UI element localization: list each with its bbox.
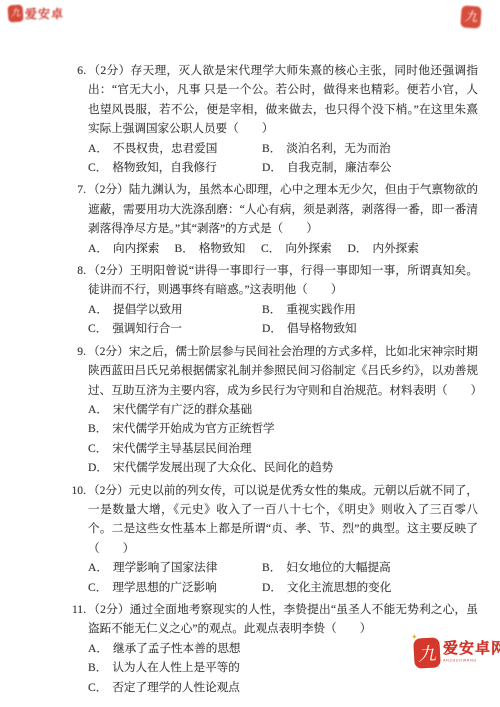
options-grid: A．不畏权贵，忠君爱国 B．淡泊名利，无为而治 C．格物致知，自我修行 D．自我…	[62, 139, 478, 178]
option-label: B．	[262, 558, 281, 577]
option-label: A．	[88, 558, 108, 577]
option-label: B．	[88, 419, 107, 438]
option-C: C．强调知行合一	[88, 319, 262, 338]
option-text: 否定了理学的人性论观点	[112, 678, 240, 697]
option-label: A．	[88, 300, 108, 319]
option-label: B．	[262, 300, 281, 319]
option-A: A．理学影响了国家法律	[88, 558, 262, 577]
question-score: （2分）	[88, 183, 129, 196]
question-body: 元史以前的列女传，可以说是优秀女性的集成。元朝以后就不同了，一是数量大增，《元史…	[88, 484, 478, 555]
option-C: C．否定了理学的人性论观点	[88, 678, 478, 697]
logo-text-block: 爱安卓网 ANZHUOWANG	[443, 640, 500, 668]
option-text: 继承了孟子性本善的思想	[113, 639, 241, 658]
question-score: （2分）	[88, 264, 130, 277]
question-number: 11.	[62, 600, 88, 619]
option-label: D．	[262, 578, 282, 597]
question-body: 陆九渊认为，虽然本心即理，心中之理本无少欠，但由于气禀物欲的遮蔽，需要用功大洗涤…	[88, 183, 478, 235]
option-C: C．理学思想的广泛影响	[88, 578, 262, 597]
option-text: 向内探索	[113, 239, 159, 258]
option-A: A．向内探索	[88, 239, 175, 258]
question-score: （2分）	[88, 484, 129, 497]
option-text: 提倡学以致用	[113, 300, 183, 319]
option-A: A．提倡学以致用	[88, 300, 262, 319]
option-text: 强调知行合一	[112, 319, 182, 338]
option-text: 不畏权贵，忠君爱国	[113, 139, 217, 158]
option-C: C．宋代儒学主导基层民间治理	[88, 439, 478, 458]
option-text: 格物致知	[199, 239, 245, 258]
question-number: 10.	[62, 481, 88, 500]
options-grid: A．向内探索 B．格物致知 C．向外探索 D．内外探索	[62, 239, 478, 258]
question-6: 6.（2分）存天理，灭人欲是宋代理学大师朱熹的核心主张，同时他还强调指出：“官无…	[62, 61, 478, 177]
question-8: 8.（2分）王明阳曾说“讲得一事即行一事，行得一事即知一事，所谓真知矣。徒讲而不…	[62, 261, 478, 339]
option-text: 认为人在人性上是平等的	[112, 658, 240, 677]
option-text: 妇女地位的大幅提高	[286, 558, 390, 577]
options-grid: A．宋代儒学有广泛的群众基础 B．宋代儒学开始成为官方正统哲学 C．宋代儒学主导…	[62, 400, 478, 478]
logo-site-name: 爱安卓网	[443, 640, 500, 657]
option-text: 理学影响了国家法律	[113, 558, 217, 577]
question-text: 9.（2分）宋之后，儒士阶层参与民间社会治理的方式多样，比如北宋神宗时期陕西蓝田…	[62, 342, 478, 400]
option-text: 文化主流思想的变化	[287, 578, 391, 597]
stamp-top-right: 九	[460, 5, 481, 28]
option-label: D．	[262, 158, 282, 177]
option-label: D．	[348, 239, 368, 258]
option-label: B．	[262, 139, 281, 158]
question-number: 6.	[62, 61, 88, 80]
logo-seal-char: 九	[417, 640, 436, 667]
option-label: C．	[261, 239, 280, 258]
site-logo: ✦ 九 爱安卓网 ANZHUOWANG	[414, 638, 500, 668]
option-text: 宋代儒学有广泛的群众基础	[113, 400, 252, 419]
question-9: 9.（2分）宋之后，儒士阶层参与民间社会治理的方式多样，比如北宋神宗时期陕西蓝田…	[62, 342, 478, 478]
option-label: C．	[88, 439, 107, 458]
option-D: D．倡导格物致知	[262, 319, 436, 338]
options-grid: A．提倡学以致用 B．重视实践作用 C．强调知行合一 D．倡导格物致知	[62, 300, 478, 339]
option-B: B．淡泊名利，无为而治	[262, 139, 436, 158]
logo-seal-icon: ✦ 九	[413, 637, 441, 668]
option-label: C．	[88, 578, 107, 597]
stamp-text: 爱安卓	[25, 5, 64, 22]
option-label: D．	[262, 319, 282, 338]
option-B: B．妇女地位的大幅提高	[262, 558, 436, 577]
stamp-top-left: 九 爱安卓	[8, 5, 64, 22]
question-score: （2分）	[88, 64, 131, 77]
question-number: 9.	[62, 342, 88, 361]
option-text: 宋代儒学主导基层民间治理	[112, 439, 251, 458]
option-text: 宋代儒学发展出现了大众化、民间化的趋势	[113, 458, 333, 477]
option-C: C．向外探索	[261, 239, 348, 258]
option-label: C．	[88, 158, 107, 177]
option-label: A．	[88, 139, 108, 158]
question-text: 8.（2分）王明阳曾说“讲得一事即行一事，行得一事即知一事，所谓真知矣。徒讲而不…	[62, 261, 478, 300]
option-D: D．宋代儒学发展出现了大众化、民间化的趋势	[88, 458, 478, 477]
option-label: B．	[88, 658, 107, 677]
question-10: 10.（2分）元史以前的列女传，可以说是优秀女性的集成。元朝以后就不同了，一是数…	[62, 481, 478, 597]
option-A: A．宋代儒学有广泛的群众基础	[88, 400, 478, 419]
option-D: D．自我克制，廉洁奉公	[262, 158, 436, 177]
option-B: B．重视实践作用	[262, 300, 436, 319]
exam-page: 6.（2分）存天理，灭人欲是宋代理学大师朱熹的核心主张，同时他还强调指出：“官无…	[62, 61, 478, 700]
question-body: 存天理，灭人欲是宋代理学大师朱熹的核心主张，同时他还强调指出：“官无大小，凡事 …	[88, 64, 478, 135]
question-score: （2分）	[88, 603, 130, 616]
question-body: 王明阳曾说“讲得一事即行一事，行得一事即知一事，所谓真知矣。徒讲而不行，则遇事终…	[88, 264, 478, 296]
question-number: 8.	[62, 261, 88, 280]
option-text: 倡导格物致知	[287, 319, 357, 338]
option-text: 格物致知，自我修行	[112, 158, 216, 177]
option-A: A．不畏权贵，忠君爱国	[88, 139, 262, 158]
option-B: B．宋代儒学开始成为官方正统哲学	[88, 419, 478, 438]
option-text: 自我克制，廉洁奉公	[287, 158, 391, 177]
logo-tagline: ANZHUOWANG	[443, 658, 477, 662]
option-text: 向外探索	[285, 239, 331, 258]
option-label: A．	[88, 639, 108, 658]
option-B: B．格物致知	[175, 239, 262, 258]
crown-icon: ✦	[411, 633, 418, 641]
question-text: 6.（2分）存天理，灭人欲是宋代理学大师朱熹的核心主张，同时他还强调指出：“官无…	[62, 61, 478, 139]
question-number: 7.	[62, 180, 88, 199]
question-text: 7.（2分）陆九渊认为，虽然本心即理，心中之理本无少欠，但由于气禀物欲的遮蔽，需…	[62, 180, 478, 238]
option-text: 宋代儒学开始成为官方正统哲学	[112, 419, 274, 438]
option-text: 淡泊名利，无为而治	[286, 139, 390, 158]
options-grid: A．理学影响了国家法律 B．妇女地位的大幅提高 C．理学思想的广泛影响 D．文化…	[62, 558, 478, 597]
option-D: D．内外探索	[348, 239, 435, 258]
option-D: D．文化主流思想的变化	[262, 578, 436, 597]
option-label: C．	[88, 678, 107, 697]
option-label: D．	[88, 458, 108, 477]
option-label: A．	[88, 400, 108, 419]
option-label: C．	[88, 319, 107, 338]
question-score: （2分）	[88, 345, 129, 358]
option-label: A．	[88, 239, 108, 258]
option-text: 内外探索	[372, 239, 418, 258]
stamp-seal-icon: 九	[7, 4, 23, 22]
question-text: 10.（2分）元史以前的列女传，可以说是优秀女性的集成。元朝以后就不同了，一是数…	[62, 481, 478, 559]
question-7: 7.（2分）陆九渊认为，虽然本心即理，心中之理本无少欠，但由于气禀物欲的遮蔽，需…	[62, 180, 478, 258]
question-body: 宋之后，儒士阶层参与民间社会治理的方式多样，比如北宋神宗时期陕西蓝田吕氏兄弟根据…	[88, 345, 482, 397]
option-text: 重视实践作用	[286, 300, 356, 319]
question-body: 通过全面地考察现实的人性，李贽提出“虽圣人不能无势利之心，虽盗跖不能无仁义之心”…	[88, 603, 478, 635]
option-C: C．格物致知，自我修行	[88, 158, 262, 177]
option-label: B．	[175, 239, 194, 258]
option-text: 理学思想的广泛影响	[112, 578, 216, 597]
